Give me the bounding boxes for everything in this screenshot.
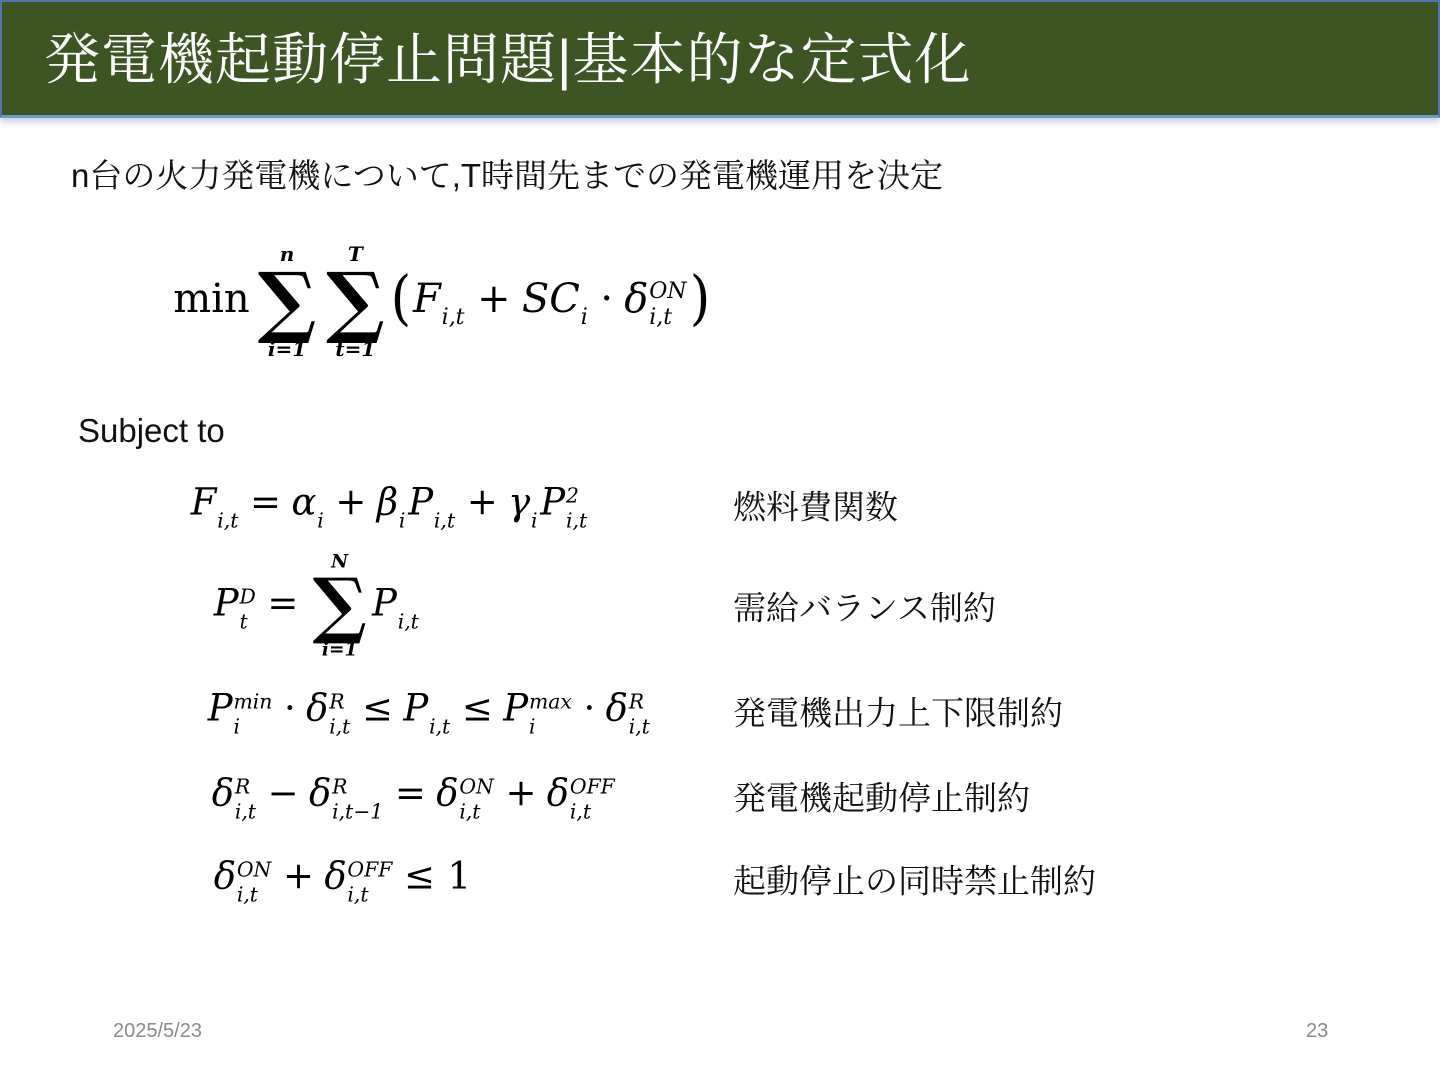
subscript: i,t: [649, 308, 672, 330]
math-scripts: i: [399, 485, 406, 530]
math-variable: α: [291, 481, 316, 524]
superscript: min: [233, 691, 272, 711]
superscript: R: [332, 776, 347, 796]
math-operator: +: [505, 772, 536, 815]
constraint-label: 発電機起動停止制約: [733, 773, 1030, 820]
math-scripts: i,t: [434, 485, 455, 530]
superscript: OFF: [570, 776, 615, 796]
math-variable: δ: [212, 772, 234, 815]
subscript: i,t: [329, 716, 350, 736]
superscript: [434, 485, 440, 505]
superscript: [581, 281, 588, 303]
subject-to-label: Subject to: [78, 412, 225, 450]
constraint-equation: Pmini·δRi,t≤Pi,t≤Pmaxi·δRi,t: [207, 688, 652, 733]
superscript: [429, 691, 435, 711]
math-scripts: Ri,t: [329, 691, 350, 736]
subscript: i,t: [434, 510, 455, 530]
math-scripts: i: [317, 485, 324, 530]
superscript: ON: [459, 776, 493, 796]
math-scripts: ONi,t: [237, 859, 271, 904]
slide-title: 発電機起動停止問題|基本的な定式化: [44, 15, 972, 95]
math-operator: +: [283, 855, 314, 898]
math-variable: δ: [624, 276, 648, 322]
math-scripts: i: [581, 281, 588, 330]
math-variable: F: [191, 481, 217, 524]
math-variable: δ: [214, 855, 236, 898]
math-variable: F: [413, 276, 441, 322]
sigma-sum: T∑t=1: [326, 243, 385, 361]
sigma-icon: ∑: [312, 573, 366, 639]
subscript: i,t: [459, 801, 480, 821]
math-variable: β: [377, 481, 398, 524]
constraint-equation: Fi,t=αi+βiPi,t+γiP2i,t: [190, 482, 589, 527]
math-operator: =: [250, 481, 281, 524]
math-operator: =: [395, 772, 426, 815]
sigma-icon: ∑: [258, 266, 317, 338]
math-variable: P: [208, 687, 233, 730]
subscript: i: [581, 308, 588, 330]
sigma-sum: N∑i=1: [312, 552, 366, 661]
superscript: R: [329, 691, 344, 711]
math-operator: +: [335, 481, 366, 524]
sigma-icon: ∑: [326, 266, 385, 338]
math-scripts: i,t: [398, 586, 419, 631]
subscript: i: [233, 716, 240, 736]
math-operator: =: [267, 582, 298, 625]
math-scripts: Ri,t: [235, 776, 256, 821]
math-variable: P: [503, 687, 528, 730]
constraint-row: δRi,t−δRi,t−1=δONi,t+δOFFi,t 発電機起動停止制約: [0, 758, 1440, 834]
slide: 発電機起動停止問題|基本的な定式化 n台の火力発電機について,T時間先までの発電…: [0, 0, 1440, 1080]
math-variable: δ: [547, 772, 569, 815]
subscript: i,t: [235, 801, 256, 821]
math-variable: δ: [306, 687, 328, 730]
subscript: i,t: [217, 510, 238, 530]
superscript: max: [529, 691, 572, 711]
constraint-row: Fi,t=αi+βiPi,t+γiP2i,t 燃料費関数: [0, 468, 1440, 542]
math-operator: ·: [284, 687, 296, 730]
objective-formula: minn∑i=1T∑t=1(Fi,t+SCi·δONi,t): [170, 236, 711, 368]
constraint-row: Pmini·δRi,t≤Pi,t≤Pmaxi·δRi,t 発電機出力上下限制約: [0, 674, 1440, 748]
subscript: i,t: [347, 884, 368, 904]
superscript: [398, 586, 404, 606]
subscript: i,t−1: [332, 801, 383, 821]
sum-lower-limit: t=1: [335, 338, 375, 361]
math-operator: ·: [584, 687, 596, 730]
subscript: i: [531, 510, 538, 530]
math-scripts: ONi,t: [459, 776, 493, 821]
superscript: [442, 281, 449, 303]
subscript: i,t: [398, 611, 419, 631]
constraint-equation: PDt=N∑i=1Pi,t: [213, 552, 421, 661]
constraint-label: 燃料費関数: [733, 482, 898, 529]
math-scripts: Ri,t−1: [332, 776, 383, 821]
superscript: ON: [649, 281, 686, 303]
subscript: i,t: [629, 716, 650, 736]
math-operator: +: [467, 481, 498, 524]
math-operator: ≤: [462, 687, 493, 730]
math-variable: δ: [606, 687, 628, 730]
slide-header: 発電機起動停止問題|基本的な定式化: [0, 0, 1440, 118]
subscript: i: [399, 510, 406, 530]
math-scripts: OFFi,t: [347, 859, 392, 904]
constraint-row: δONi,t+δOFFi,t≤1 起動停止の同時禁止制約: [0, 841, 1440, 917]
math-operator: ≤: [404, 855, 435, 898]
math-variable: P: [408, 481, 433, 524]
math-scripts: mini: [233, 691, 272, 736]
math-scripts: Dt: [239, 586, 255, 631]
superscript: OFF: [347, 859, 392, 879]
constraint-row: PDt=N∑i=1Pi,t 需給バランス制約: [0, 544, 1440, 668]
superscript: 2: [566, 485, 579, 505]
math-scripts: Ri,t: [629, 691, 650, 736]
superscript: [217, 485, 223, 505]
math-variable: γ: [508, 481, 530, 524]
objective-equation: minn∑i=1T∑t=1(Fi,t+SCi·δONi,t): [170, 243, 711, 361]
subscript: i: [529, 716, 536, 736]
math-text: min: [173, 276, 249, 322]
math-variable: P: [214, 582, 239, 625]
math-scripts: i: [531, 485, 538, 530]
math-scripts: maxi: [529, 691, 572, 736]
superscript: ON: [237, 859, 271, 879]
math-scripts: OFFi,t: [570, 776, 615, 821]
constraint-label: 発電機出力上下限制約: [733, 688, 1063, 735]
constraint-label: 起動停止の同時禁止制約: [733, 856, 1096, 903]
subscript: i,t: [570, 801, 591, 821]
math-variable: P: [540, 481, 565, 524]
math-text: 1: [448, 855, 472, 898]
math-scripts: i,t: [217, 485, 238, 530]
superscript: [317, 485, 323, 505]
subscript: i,t: [566, 510, 587, 530]
superscript: D: [239, 586, 255, 606]
constraint-equation: δRi,t−δRi,t−1=δONi,t+δOFFi,t: [211, 773, 617, 818]
math-operator: −: [268, 772, 299, 815]
math-operator: +: [477, 276, 511, 322]
sum-lower-limit: i=1: [322, 639, 357, 660]
math-scripts: i,t: [442, 281, 465, 330]
sigma-sum: n∑i=1: [258, 243, 317, 361]
footer-page-number: 23: [1306, 1020, 1328, 1043]
constraint-equation: δONi,t+δOFFi,t≤1: [213, 856, 474, 901]
math-scripts: 2i,t: [566, 485, 587, 530]
math-operator: ·: [600, 276, 613, 322]
superscript: R: [629, 691, 644, 711]
math-variable: SC: [522, 276, 580, 322]
intro-text: n台の火力発電機について,T時間先までの発電機運用を決定: [71, 150, 943, 197]
math-variable: δ: [436, 772, 458, 815]
big-paren: ): [690, 267, 711, 332]
math-operator: ≤: [362, 687, 393, 730]
sum-lower-limit: i=1: [268, 338, 306, 361]
subscript: i,t: [237, 884, 258, 904]
math-variable: δ: [309, 772, 331, 815]
math-variable: P: [403, 687, 428, 730]
math-variable: δ: [324, 855, 346, 898]
subscript: i: [317, 510, 324, 530]
superscript: R: [235, 776, 250, 796]
superscript: [531, 485, 537, 505]
superscript: [399, 485, 405, 505]
subscript: i,t: [429, 716, 450, 736]
math-variable: P: [372, 582, 397, 625]
footer-date: 2025/5/23: [113, 1020, 202, 1043]
subscript: i,t: [442, 308, 465, 330]
constraint-label: 需給バランス制約: [733, 583, 996, 630]
math-scripts: ONi,t: [649, 281, 686, 330]
subscript: t: [239, 611, 247, 631]
big-paren: (: [391, 267, 412, 332]
math-scripts: i,t: [429, 691, 450, 736]
